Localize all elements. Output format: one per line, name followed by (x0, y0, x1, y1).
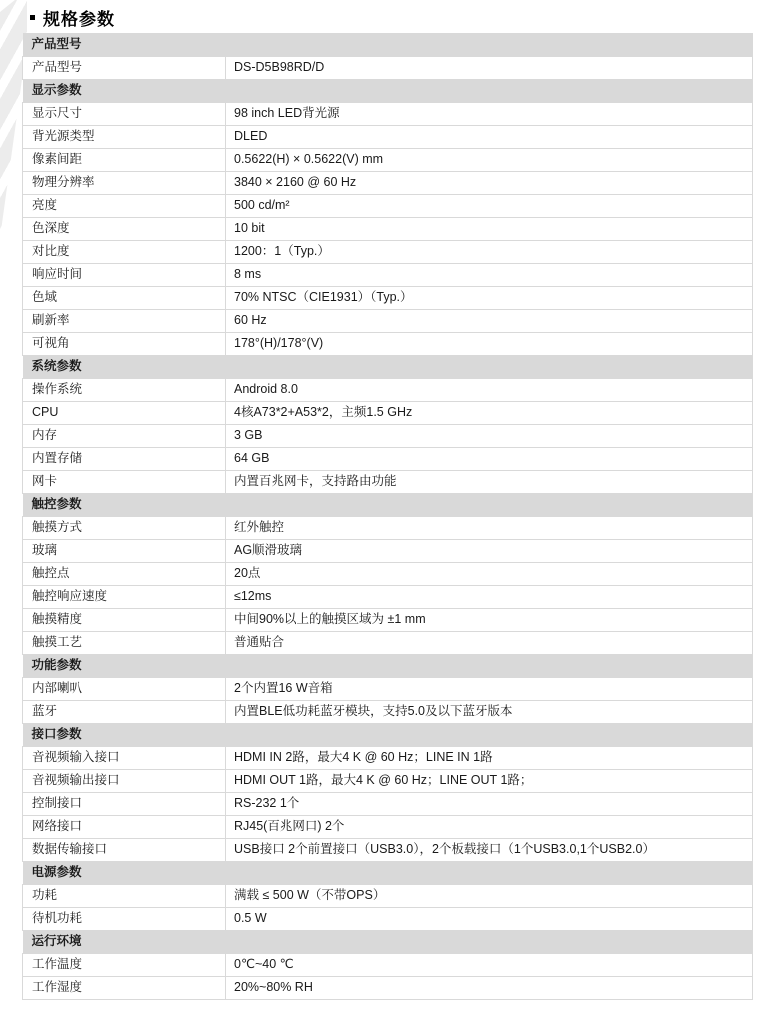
section-header: 显示参数 (23, 79, 753, 102)
spec-label: 内存 (23, 424, 226, 447)
spec-label: 触摸精度 (23, 608, 226, 631)
spec-value: 中间90%以上的触摸区域为 ±1 mm (226, 608, 753, 631)
spec-row: 可视角178°(H)/178°(V) (23, 332, 753, 355)
spec-value: 500 cd/m² (226, 194, 753, 217)
spec-value: 红外触控 (226, 516, 753, 539)
spec-label: 待机功耗 (23, 907, 226, 930)
spec-value: 98 inch LED背光源 (226, 102, 753, 125)
section-row: 显示参数 (23, 79, 753, 102)
spec-label: 可视角 (23, 332, 226, 355)
section-row: 系统参数 (23, 355, 753, 378)
section-row: 运行环境 (23, 930, 753, 953)
spec-value: 178°(H)/178°(V) (226, 332, 753, 355)
spec-value: Android 8.0 (226, 378, 753, 401)
spec-label: 触控点 (23, 562, 226, 585)
spec-table: 产品型号产品型号DS-D5B98RD/D显示参数显示尺寸98 inch LED背… (22, 33, 753, 1000)
spec-label: CPU (23, 401, 226, 424)
spec-value: 3 GB (226, 424, 753, 447)
spec-row: 网络接口RJ45(百兆网口) 2个 (23, 815, 753, 838)
spec-row: 触控点20点 (23, 562, 753, 585)
spec-label: 玻璃 (23, 539, 226, 562)
spec-row: 触摸方式红外触控 (23, 516, 753, 539)
spec-row: 对比度1200：1（Typ.） (23, 240, 753, 263)
page-title-text: 规格参数 (43, 5, 115, 30)
spec-label: 操作系统 (23, 378, 226, 401)
title-bullet-icon (30, 15, 35, 20)
spec-row: 操作系统Android 8.0 (23, 378, 753, 401)
spec-label: 蓝牙 (23, 700, 226, 723)
spec-value: 0℃~40 ℃ (226, 953, 753, 976)
spec-label: 触摸方式 (23, 516, 226, 539)
spec-row: 响应时间8 ms (23, 263, 753, 286)
spec-row: 控制接口RS-232 1个 (23, 792, 753, 815)
spec-row: 内部喇叭2个内置16 W音箱 (23, 677, 753, 700)
spec-label: 内部喇叭 (23, 677, 226, 700)
spec-row: 内存3 GB (23, 424, 753, 447)
spec-row: 触摸工艺普通贴合 (23, 631, 753, 654)
section-row: 功能参数 (23, 654, 753, 677)
spec-row: 音视频输出接口HDMI OUT 1路，最大4 K @ 60 Hz；LINE OU… (23, 769, 753, 792)
spec-value: RS-232 1个 (226, 792, 753, 815)
spec-row: 工作湿度20%~80% RH (23, 976, 753, 999)
spec-value: ≤12ms (226, 585, 753, 608)
spec-value: 内置BLE低功耗蓝牙模块，支持5.0及以下蓝牙版本 (226, 700, 753, 723)
spec-label: 对比度 (23, 240, 226, 263)
section-header: 运行环境 (23, 930, 753, 953)
section-row: 触控参数 (23, 493, 753, 516)
spec-value: 2个内置16 W音箱 (226, 677, 753, 700)
spec-value: DS-D5B98RD/D (226, 56, 753, 79)
section-row: 产品型号 (23, 33, 753, 56)
spec-row: 色域70% NTSC（CIE1931）（Typ.） (23, 286, 753, 309)
spec-label: 亮度 (23, 194, 226, 217)
spec-row: 产品型号DS-D5B98RD/D (23, 56, 753, 79)
spec-value: AG顺滑玻璃 (226, 539, 753, 562)
spec-label: 控制接口 (23, 792, 226, 815)
section-row: 接口参数 (23, 723, 753, 746)
spec-value: 20点 (226, 562, 753, 585)
section-header: 功能参数 (23, 654, 753, 677)
spec-label: 音视频输入接口 (23, 746, 226, 769)
section-header: 产品型号 (23, 33, 753, 56)
page-title: 规格参数 (30, 5, 115, 30)
spec-row: 玻璃AG顺滑玻璃 (23, 539, 753, 562)
spec-label: 响应时间 (23, 263, 226, 286)
spec-value: DLED (226, 125, 753, 148)
spec-row: 蓝牙内置BLE低功耗蓝牙模块，支持5.0及以下蓝牙版本 (23, 700, 753, 723)
spec-row: 触摸精度中间90%以上的触摸区域为 ±1 mm (23, 608, 753, 631)
spec-value: 64 GB (226, 447, 753, 470)
spec-label: 色深度 (23, 217, 226, 240)
spec-value: 4核A73*2+A53*2，主频1.5 GHz (226, 401, 753, 424)
spec-row: CPU4核A73*2+A53*2，主频1.5 GHz (23, 401, 753, 424)
spec-value: RJ45(百兆网口) 2个 (226, 815, 753, 838)
spec-value: 60 Hz (226, 309, 753, 332)
spec-value: USB接口 2个前置接口（USB3.0），2个板载接口（1个USB3.0,1个U… (226, 838, 753, 861)
section-header: 系统参数 (23, 355, 753, 378)
spec-label: 网络接口 (23, 815, 226, 838)
spec-label: 像素间距 (23, 148, 226, 171)
spec-value: 0.5 W (226, 907, 753, 930)
spec-row: 音视频输入接口HDMI IN 2路，最大4 K @ 60 Hz；LINE IN … (23, 746, 753, 769)
section-header: 电源参数 (23, 861, 753, 884)
section-row: 电源参数 (23, 861, 753, 884)
spec-row: 刷新率60 Hz (23, 309, 753, 332)
spec-value: 满载 ≤ 500 W（不带OPS） (226, 884, 753, 907)
spec-row: 像素间距0.5622(H) × 0.5622(V) mm (23, 148, 753, 171)
spec-value: HDMI OUT 1路，最大4 K @ 60 Hz；LINE OUT 1路； (226, 769, 753, 792)
spec-label: 触摸工艺 (23, 631, 226, 654)
spec-row: 亮度500 cd/m² (23, 194, 753, 217)
spec-value: 8 ms (226, 263, 753, 286)
spec-label: 网卡 (23, 470, 226, 493)
spec-label: 产品型号 (23, 56, 226, 79)
spec-label: 功耗 (23, 884, 226, 907)
spec-value: 1200：1（Typ.） (226, 240, 753, 263)
spec-label: 数据传输接口 (23, 838, 226, 861)
spec-row: 色深度10 bit (23, 217, 753, 240)
spec-row: 背光源类型DLED (23, 125, 753, 148)
spec-label: 色域 (23, 286, 226, 309)
spec-value: 0.5622(H) × 0.5622(V) mm (226, 148, 753, 171)
spec-row: 工作温度0℃~40 ℃ (23, 953, 753, 976)
spec-label: 工作湿度 (23, 976, 226, 999)
spec-row: 内置存储64 GB (23, 447, 753, 470)
spec-label: 刷新率 (23, 309, 226, 332)
spec-value: 3840 × 2160 @ 60 Hz (226, 171, 753, 194)
spec-label: 工作温度 (23, 953, 226, 976)
spec-label: 触控响应速度 (23, 585, 226, 608)
section-header: 触控参数 (23, 493, 753, 516)
spec-row: 显示尺寸98 inch LED背光源 (23, 102, 753, 125)
spec-row: 物理分辨率3840 × 2160 @ 60 Hz (23, 171, 753, 194)
spec-row: 数据传输接口USB接口 2个前置接口（USB3.0），2个板载接口（1个USB3… (23, 838, 753, 861)
spec-row: 功耗满载 ≤ 500 W（不带OPS） (23, 884, 753, 907)
spec-label: 显示尺寸 (23, 102, 226, 125)
section-header: 接口参数 (23, 723, 753, 746)
spec-label: 音视频输出接口 (23, 769, 226, 792)
spec-value: 20%~80% RH (226, 976, 753, 999)
spec-row: 网卡内置百兆网卡，支持路由功能 (23, 470, 753, 493)
spec-label: 背光源类型 (23, 125, 226, 148)
spec-value: 10 bit (226, 217, 753, 240)
spec-label: 内置存储 (23, 447, 226, 470)
spec-label: 物理分辨率 (23, 171, 226, 194)
spec-value: 70% NTSC（CIE1931）（Typ.） (226, 286, 753, 309)
spec-value: 普通贴合 (226, 631, 753, 654)
spec-row: 待机功耗0.5 W (23, 907, 753, 930)
spec-value: 内置百兆网卡，支持路由功能 (226, 470, 753, 493)
spec-value: HDMI IN 2路，最大4 K @ 60 Hz；LINE IN 1路 (226, 746, 753, 769)
spec-row: 触控响应速度≤12ms (23, 585, 753, 608)
